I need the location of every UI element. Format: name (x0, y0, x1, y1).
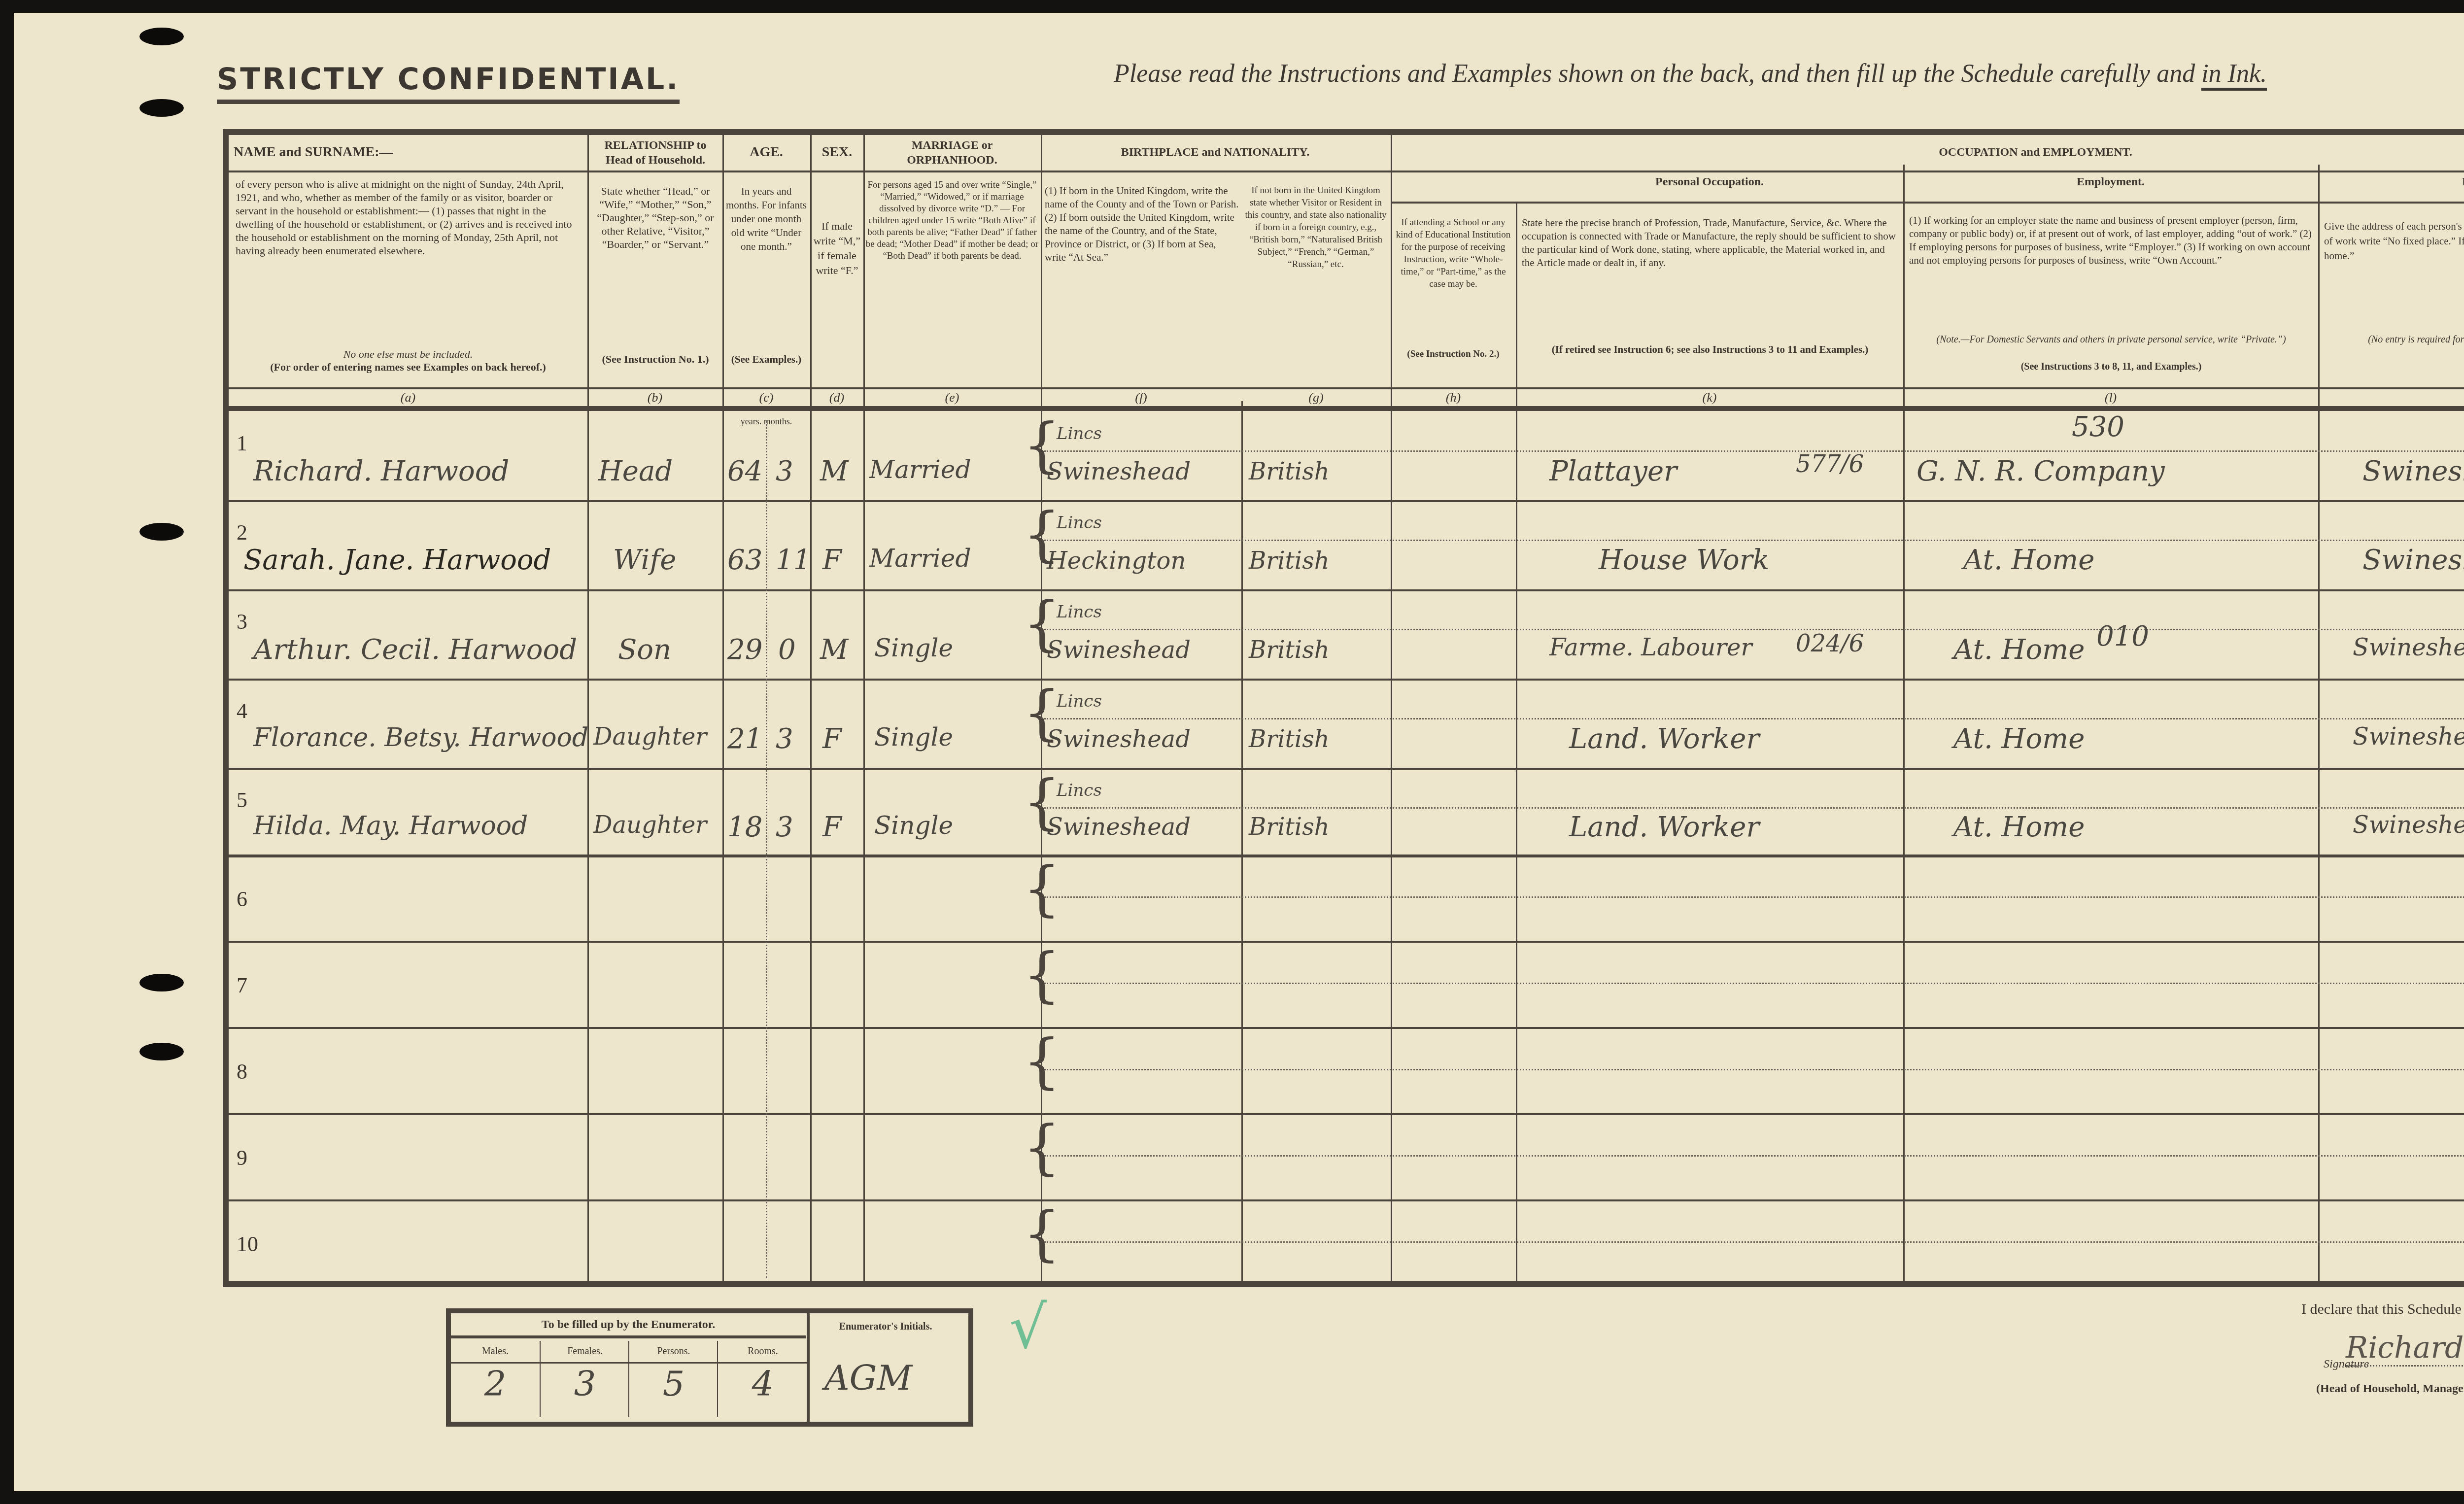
census-form-table: NAME and SURNAME:— of every person who i… (223, 129, 2464, 1287)
employment-note: (Note.—For Domestic Servants and others … (1909, 332, 2313, 347)
row-rule (229, 1199, 2464, 1201)
col-rule (863, 135, 865, 1281)
instruction-text: Please read the Instructions and Example… (1114, 60, 2201, 88)
person-age-months[interactable]: 3 (776, 811, 793, 843)
punch-hole (139, 28, 184, 45)
dotted-rule (1044, 540, 2464, 541)
punch-hole (139, 99, 184, 117)
nationality[interactable]: British (1249, 547, 1330, 575)
person-age-years[interactable]: 63 (727, 544, 762, 576)
header-rule (229, 387, 2464, 389)
signature-field[interactable]: Richard. Harwood. Swineshead. Bridge (2346, 1331, 2464, 1367)
punch-hole (139, 974, 184, 991)
header-birthplace: BIRTHPLACE and NATIONALITY. (1043, 145, 1388, 160)
brace: { (1023, 1032, 1061, 1091)
employer[interactable]: At. Home (1953, 723, 2085, 755)
occupation-see: (If retired see Instruction 6; see also … (1522, 342, 1898, 357)
employment-see: (See Instructions 3 to 8, 11, and Exampl… (1909, 359, 2313, 374)
row-rule (229, 941, 2464, 943)
brace: { (1023, 859, 1061, 919)
brace: { (1023, 1204, 1061, 1264)
enumerator-box-title: To be filled up by the Enumerator. (451, 1313, 806, 1338)
person-name[interactable]: Sarah. Jane. Harwood (243, 544, 551, 576)
person-name[interactable]: Hilda. May. Harwood (253, 811, 528, 841)
name-instructions: of every person who is alive at midnight… (236, 177, 581, 257)
males-cell: Males.2 (451, 1341, 540, 1417)
header-rule (1903, 202, 2464, 204)
signature-note: (Head of Household, Manager of Establish… (2316, 1382, 2464, 1396)
age-sub-months: months. (764, 416, 792, 426)
person-sex[interactable]: M (820, 634, 848, 666)
person-relationship[interactable]: Head (598, 455, 673, 487)
row-number: 7 (237, 973, 247, 998)
header-rule (1041, 171, 1391, 172)
initials-value[interactable]: AGM (824, 1358, 912, 1398)
dotted-rule (1044, 450, 2464, 452)
declaration-text: I declare that this Schedule is correctl… (2301, 1301, 2464, 1318)
header-bottom-rule (229, 406, 2464, 411)
header-place-of-work: Place of Work. (2318, 174, 2464, 189)
dotted-rule (1044, 807, 2464, 809)
header-relationship: RELATIONSHIP to Head of Household. (591, 138, 720, 168)
education-instructions: If attending a School or any kind of Edu… (1393, 216, 1514, 290)
nationality-instructions: If not born in the United Kingdom state … (1243, 184, 1389, 271)
sex-instructions: If male write “M,” if female write “F.” (812, 219, 862, 278)
col-letter-c: (c) (722, 390, 810, 405)
person-age-months[interactable]: 3 (776, 455, 793, 487)
males-value[interactable]: 2 (451, 1364, 540, 1404)
nationality[interactable]: British (1249, 813, 1330, 841)
age-instructions: In years and months. For infants under o… (724, 184, 809, 253)
occupation-code: 024/6 (1796, 630, 1864, 657)
header-name: NAME and SURNAME:— (234, 145, 579, 160)
employer[interactable]: G. N. R. Company (1916, 455, 2165, 487)
instruction-ink: in Ink. (2201, 60, 2267, 91)
place-of-work[interactable]: Swineshead. Bridge (2353, 634, 2464, 661)
nationality[interactable]: British (1249, 458, 1330, 485)
dotted-rule (1044, 718, 2464, 719)
dotted-rule (1044, 896, 2464, 898)
row-rule (229, 1113, 2464, 1115)
occupation-instructions: State here the precise branch of Profess… (1522, 216, 1898, 270)
enumerator-initials-cell: Enumerator's Initials.AGM (807, 1313, 961, 1422)
person-age-months[interactable]: 11 (776, 544, 811, 576)
relationship-see: (See Instruction No. 1.) (591, 352, 720, 367)
place-note: (No entry is required for any person who… (2324, 332, 2464, 347)
check-mark-icon: √ (1009, 1294, 1047, 1362)
birthplace[interactable]: Swineshead (1047, 725, 1191, 753)
header-marriage: MARRIAGE or ORPHANHOOD. (865, 138, 1039, 168)
occupation[interactable]: Land. Worker (1569, 723, 1759, 755)
initials-label: Enumerator's Initials. (810, 1313, 961, 1333)
employer[interactable]: At. Home (1963, 544, 2094, 576)
col-letter-l: (l) (1903, 390, 2318, 405)
employer[interactable]: At. Home (1953, 811, 2085, 843)
person-name[interactable]: Florance. Betsy. Harwood (253, 723, 588, 752)
header-personal-occupation: Personal Occupation. (1516, 174, 1903, 189)
person-marriage[interactable]: Single (874, 723, 953, 752)
col-letter-k: (k) (1516, 390, 1903, 405)
employer[interactable]: At. Home (1953, 634, 2085, 666)
punch-hole (139, 1043, 184, 1060)
col-letter-e: (e) (863, 390, 1041, 405)
age-divider (766, 421, 767, 1278)
person-relationship[interactable]: Daughter (593, 723, 707, 751)
name-order-note: (For order of entering names see Example… (236, 361, 581, 374)
rooms-cell: Rooms.4 (717, 1341, 808, 1417)
education-see: (See Instruction No. 2.) (1393, 347, 1514, 362)
birthplace[interactable]: Swineshead (1047, 458, 1191, 485)
occupation[interactable]: Land. Worker (1569, 811, 1759, 843)
col-letter-b: (b) (587, 390, 722, 405)
nationality[interactable]: British (1249, 725, 1330, 753)
females-label: Females. (541, 1341, 629, 1364)
males-label: Males. (451, 1341, 540, 1364)
person-name[interactable]: Richard. Harwood (253, 455, 509, 487)
place-instructions: Give the address of each person's place … (2324, 219, 2464, 263)
brace: { (1023, 946, 1061, 1005)
header-age: AGE. (724, 145, 809, 160)
age-see: (See Examples.) (724, 352, 809, 367)
col-letter-h: (h) (1391, 390, 1516, 405)
row-number: 6 (237, 887, 247, 912)
col-letter-d: (d) (810, 390, 863, 405)
females-cell: Females.3 (540, 1341, 629, 1417)
row-number: 3 (237, 609, 247, 634)
header-rule (1391, 202, 1903, 204)
employment-code: 530 (2072, 411, 2124, 443)
brace: { (1023, 1118, 1061, 1177)
row-number: 4 (237, 698, 247, 723)
person-sex[interactable]: M (820, 455, 848, 487)
nationality[interactable]: British (1249, 636, 1330, 664)
row-number: 1 (237, 431, 247, 456)
row-rule (229, 1027, 2464, 1029)
col-letter-f: (f) (1041, 390, 1241, 405)
col-rule (1516, 202, 1517, 1281)
person-sex[interactable]: F (822, 811, 842, 843)
birth-county[interactable]: Lincs (1057, 424, 1102, 444)
person-relationship[interactable]: Son (618, 634, 671, 666)
birth-county[interactable]: Lincs (1057, 691, 1102, 711)
birthplace[interactable]: Swineshead (1047, 813, 1191, 841)
persons-label: Persons. (629, 1341, 718, 1364)
occupation-code: 577/6 (1796, 450, 1864, 478)
persons-value[interactable]: 5 (629, 1364, 718, 1404)
age-sub-years: years. (741, 416, 761, 426)
person-age-months[interactable]: 3 (776, 723, 793, 755)
occupation[interactable]: Plattayer (1549, 455, 1677, 487)
header-rule (229, 171, 1041, 172)
row-rule (229, 589, 2464, 591)
employment-instructions: (1) If working for an employer state the… (1909, 214, 2313, 267)
dotted-rule (1044, 1241, 2464, 1243)
col-letter-g: (g) (1241, 390, 1391, 405)
rooms-label: Rooms. (718, 1341, 808, 1364)
place-of-work[interactable]: Swineshead. Bridge (2353, 811, 2464, 839)
col-rule (1391, 135, 1392, 1281)
person-age-years[interactable]: 64 (727, 455, 762, 487)
col-rule (810, 135, 812, 1281)
row-rule (229, 768, 2464, 770)
person-relationship[interactable]: Wife (613, 544, 676, 576)
birthplace-instructions: (1) If born in the United Kingdom, write… (1045, 184, 1239, 264)
row-number: 5 (237, 787, 247, 813)
header-sex: SEX. (812, 145, 862, 160)
col-rule (587, 135, 589, 1281)
dotted-rule (1044, 1155, 2464, 1157)
person-marriage[interactable]: Single (874, 811, 953, 840)
person-sex[interactable]: F (822, 544, 842, 576)
row-rule (229, 855, 2464, 857)
dotted-rule (1044, 983, 2464, 984)
relationship-instructions: State whether “Head,” or “Wife,” “Mother… (591, 184, 720, 251)
birthplace[interactable]: Heckington (1047, 547, 1186, 575)
punch-hole (139, 523, 184, 541)
col-rule (1241, 401, 1243, 1281)
employment-code: 010 (2096, 620, 2149, 652)
row-number: 8 (237, 1059, 247, 1084)
person-marriage[interactable]: Married (869, 455, 971, 484)
confidential-heading: STRICTLY CONFIDENTIAL. (217, 62, 680, 104)
place-of-work[interactable]: Swineshead (2362, 455, 2464, 487)
row-rule (229, 679, 2464, 681)
occupation[interactable]: House Work (1599, 544, 1769, 576)
person-age-years[interactable]: 21 (727, 723, 762, 755)
birth-county[interactable]: Lincs (1057, 513, 1102, 533)
row-rule (229, 500, 2464, 502)
person-marriage[interactable]: Single (874, 634, 953, 662)
instruction-line: Please read the Instructions and Example… (1114, 59, 2267, 88)
col-letter-m: (m) (2318, 390, 2464, 405)
persons-cell: Persons.5 (628, 1341, 718, 1417)
dotted-rule (1044, 629, 2464, 630)
person-sex[interactable]: F (822, 723, 842, 755)
females-value[interactable]: 3 (541, 1364, 629, 1404)
occupation[interactable]: Farme. Labourer (1549, 634, 1752, 661)
birth-county[interactable]: Lincs (1057, 602, 1102, 622)
col-rule (722, 135, 724, 1281)
enumerator-totals-box: To be filled up by the Enumerator. Males… (446, 1308, 973, 1427)
person-age-months[interactable]: 0 (778, 634, 796, 666)
person-name[interactable]: Arthur. Cecil. Harwood (253, 634, 577, 666)
header-employment: Employment. (1903, 174, 2318, 189)
person-relationship[interactable]: Daughter (593, 811, 707, 839)
birth-county[interactable]: Lincs (1057, 781, 1102, 800)
person-age-years[interactable]: 29 (727, 634, 762, 666)
marriage-instructions: For persons aged 15 and over write “Sing… (865, 179, 1039, 262)
birthplace[interactable]: Swineshead (1047, 636, 1191, 664)
place-of-work[interactable]: Swineshead (2362, 544, 2464, 576)
rooms-value[interactable]: 4 (718, 1364, 808, 1404)
row-number: 9 (237, 1145, 247, 1170)
row-number: 2 (237, 520, 247, 545)
header-occupation-employment: OCCUPATION and EMPLOYMENT. (1391, 145, 2464, 160)
header-rule (1391, 171, 2464, 172)
col-letter-a: (a) (229, 390, 587, 405)
person-marriage[interactable]: Married (869, 544, 971, 573)
place-of-work[interactable]: Swineshead. Bridge (2353, 723, 2464, 751)
person-age-years[interactable]: 18 (727, 811, 762, 843)
name-note: No one else must be included. (236, 347, 581, 362)
dotted-rule (1044, 1069, 2464, 1070)
row-number: 10 (237, 1231, 258, 1257)
